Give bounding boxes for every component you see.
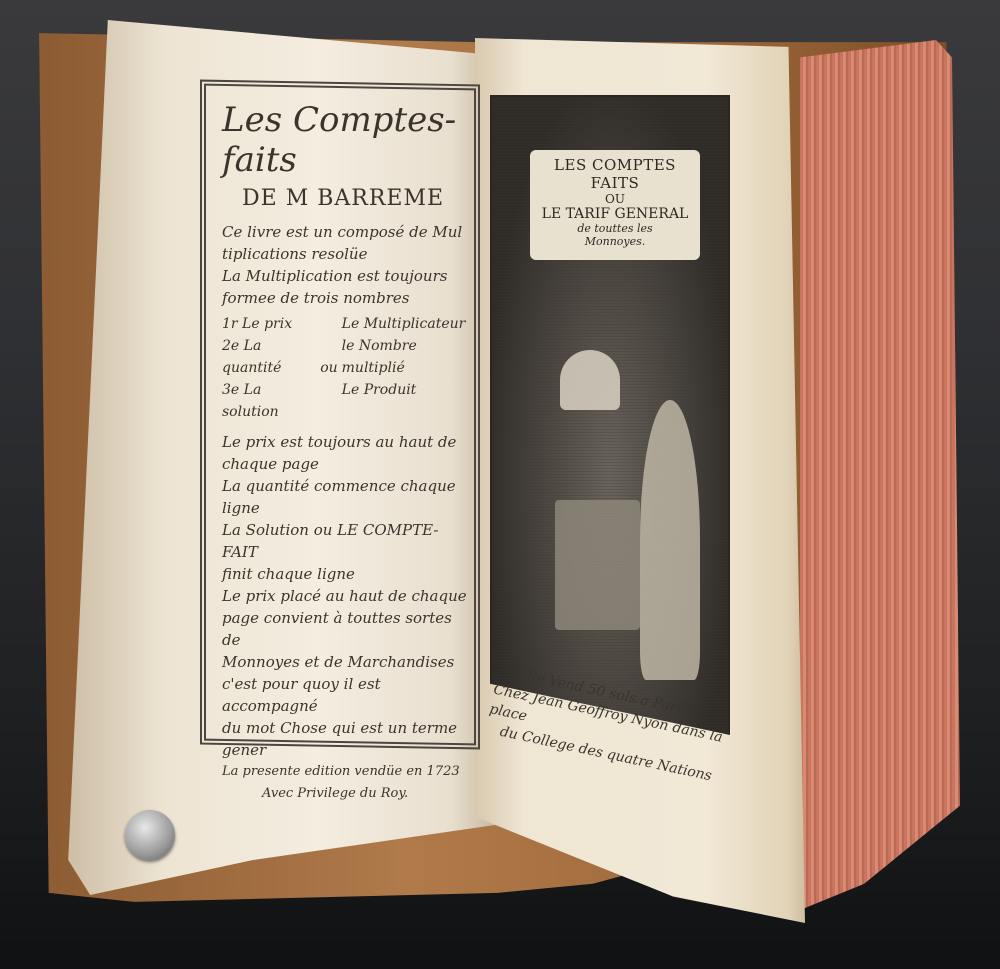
book-title: Les Comptes-faits [222,100,472,180]
text-line: du mot Chose qui est un terme gener [222,717,472,761]
text-line: finit chaque ligne [222,563,472,585]
text-line: chaque page [222,453,472,475]
text-line: La Multiplication est toujours [222,265,472,287]
text-line: Le prix placé au haut de chaque [222,585,472,607]
text-line: page convient à touttes sortes de [222,607,472,651]
text-line: Avec Privilege du Roy. [222,783,472,805]
list-item: 3e La solution [222,379,316,423]
text-line: Le prix est toujours au haut de [222,431,472,453]
figure-illustration [560,350,620,410]
text-line: c'est pour quoy il est accompagné [222,673,472,717]
connector: ou [320,357,337,379]
figure-illustration [640,400,700,680]
text-line: Monnoyes et de Marchandises [222,651,472,673]
frontispiece-cartouche: LES COMPTES FAITS OU LE TARIF GENERAL de… [530,150,700,260]
handwritten-title-panel: Les Comptes-faits DE M BARREME Ce livre … [222,100,472,805]
text-line: La Solution ou LE COMPTE-FAIT [222,519,472,563]
page-fore-edge [800,40,960,910]
cartouche-line: Monnoyes. [530,235,700,248]
cartouche-line: de touttes les [530,222,700,235]
list-item: Le Produit [342,379,472,401]
numbers-list: 1r Le prix 2e La quantité 3e La solution… [222,313,472,423]
text-line: formee de trois nombres [222,287,472,309]
text-line: Ce livre est un composé de Mul [222,221,472,243]
metal-page-weight [125,810,175,860]
cartouche-line: OU [530,192,700,206]
list-item: 2e La quantité [222,335,316,379]
cartouche-line: LES COMPTES FAITS [530,156,700,192]
counter-illustration [555,500,640,630]
text-line: La quantité commence chaque ligne [222,475,472,519]
list-item: 1r Le prix [222,313,316,335]
cartouche-line: LE TARIF GENERAL [530,206,700,222]
list-item: le Nombre multiplié [342,335,472,379]
text-line: tiplications resolüe [222,243,472,265]
author: DE M BARREME [242,186,472,211]
text-line: La presente edition vendüe en 1723 [222,761,472,783]
list-item: Le Multiplicateur [342,313,472,335]
